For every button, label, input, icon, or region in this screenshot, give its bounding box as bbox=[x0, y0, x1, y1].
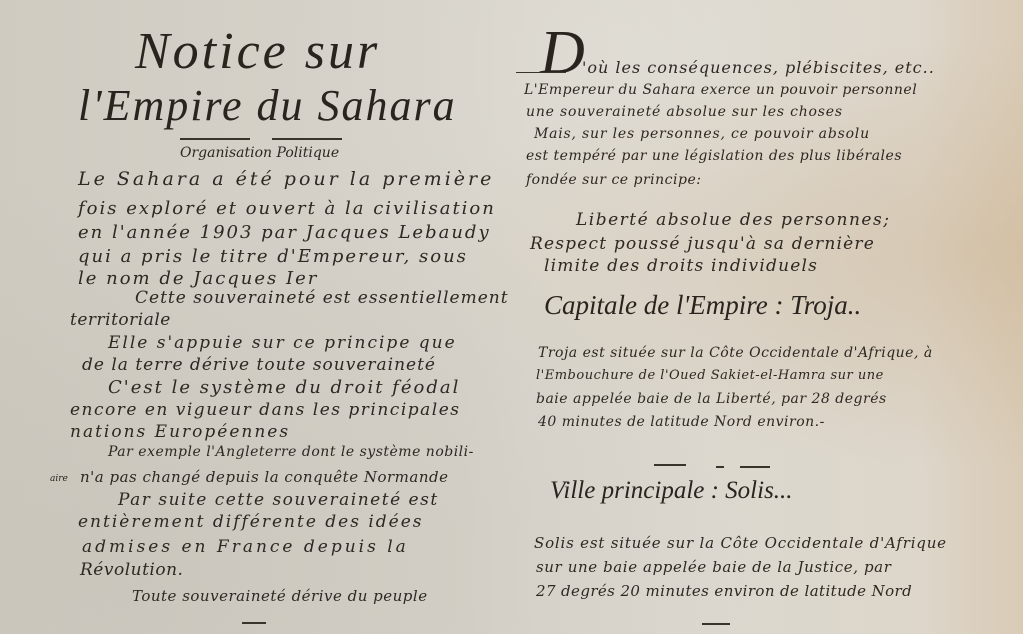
left-page: Notice sur l'Empire du Sahara Organisati… bbox=[0, 0, 512, 634]
principle-line: limite des droits individuels bbox=[544, 256, 818, 276]
text-line: Mais, sur les personnes, ce pouvoir abso… bbox=[534, 126, 870, 142]
text-line: admises en France depuis la bbox=[82, 537, 409, 557]
separator-rule-left bbox=[654, 464, 686, 466]
text-line: Par exemple l'Angleterre dont le système… bbox=[108, 444, 474, 460]
text-line: en l'année 1903 par Jacques Lebaudy bbox=[78, 222, 491, 243]
text-line: Révolution. bbox=[80, 560, 183, 580]
text-line: L'Empereur du Sahara exerce un pouvoir p… bbox=[524, 82, 917, 98]
principle-line: Liberté absolue des personnes; bbox=[576, 210, 890, 230]
text-line: une souveraineté absolue sur les choses bbox=[526, 104, 843, 120]
title-line-2: l'Empire du Sahara bbox=[78, 80, 457, 131]
principle-line: Respect poussé jusqu'à sa dernière bbox=[530, 234, 875, 254]
text-line: n'a pas changé depuis la conquête Norman… bbox=[80, 468, 448, 486]
text-line: baie appelée baie de la Liberté, par 28 … bbox=[536, 391, 887, 407]
right-page: 'où les conséquences, plébiscites, etc..… bbox=[512, 0, 1023, 634]
text-line: encore en vigueur dans les principales bbox=[70, 400, 461, 420]
text-line: fondée sur ce principe: bbox=[526, 172, 701, 188]
title-line-1: Notice sur bbox=[135, 22, 380, 81]
title-underline-left bbox=[180, 138, 250, 140]
end-rule bbox=[242, 622, 266, 624]
text-line: de la terre dérive toute souveraineté bbox=[82, 355, 436, 375]
text-line: fois exploré et ouvert à la civilisation bbox=[78, 198, 496, 219]
text-line: sur une baie appelée baie de la Justice,… bbox=[536, 558, 891, 576]
text-line: 'où les conséquences, plébiscites, etc.. bbox=[582, 58, 935, 77]
text-line: Cette souveraineté est essentiellement bbox=[135, 288, 509, 308]
text-line: le nom de Jacques Ier bbox=[78, 268, 318, 289]
text-line: qui a pris le titre d'Empereur, sous bbox=[78, 246, 468, 267]
text-line: Elle s'appuie sur ce principe que bbox=[108, 333, 457, 353]
text-line: Solis est située sur la Côte Occidentale… bbox=[534, 534, 947, 552]
text-line: Le Sahara a été pour la première bbox=[78, 168, 494, 190]
dropcap-flourish bbox=[516, 72, 566, 73]
city-heading: Ville principale : Solis... bbox=[550, 477, 793, 505]
text-line: Troja est située sur la Côte Occidentale… bbox=[538, 345, 933, 361]
separator-rule-right bbox=[740, 466, 770, 468]
text-line: nations Européennes bbox=[70, 422, 290, 442]
text-line: l'Embouchure de l'Oued Sakiet-el-Hamra s… bbox=[536, 368, 884, 383]
end-ornament bbox=[702, 623, 730, 625]
text-line: 27 degrés 20 minutes environ de latitude… bbox=[536, 582, 912, 600]
text-line: 40 minutes de latitude Nord environ.- bbox=[538, 414, 825, 430]
text-line: territoriale bbox=[70, 310, 171, 330]
separator-rule-middle bbox=[716, 466, 724, 468]
text-line: est tempéré par une législation des plus… bbox=[526, 148, 902, 164]
text-line: Par suite cette souveraineté est bbox=[118, 490, 439, 510]
subheading: Organisation Politique bbox=[180, 145, 339, 161]
capital-heading: Capitale de l'Empire : Troja.. bbox=[544, 290, 861, 321]
title-underline-right bbox=[272, 138, 342, 140]
margin-note: aire bbox=[50, 474, 68, 484]
text-line: C'est le système du droit féodal bbox=[108, 377, 460, 398]
text-line: entièrement différente des idées bbox=[78, 512, 424, 532]
text-line: Toute souveraineté dérive du peuple bbox=[132, 587, 428, 605]
